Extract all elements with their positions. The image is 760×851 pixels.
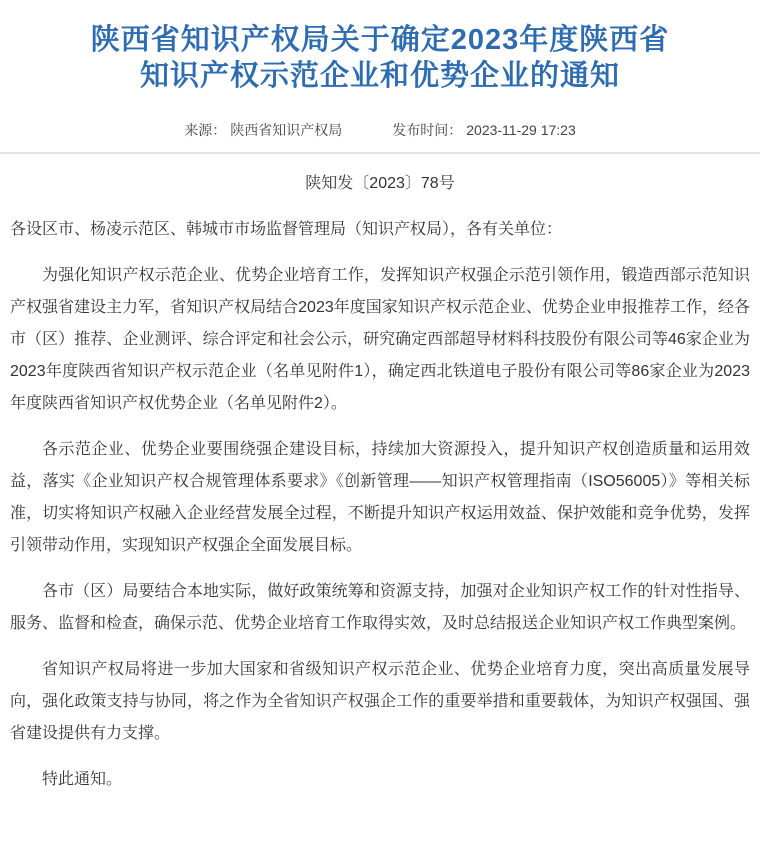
meta-publish-time-label: 发布时间：: [392, 122, 462, 138]
meta-source-value: 陕西省知识产权局: [230, 122, 342, 138]
page-title-line-2: 知识产权示范企业和优势企业的通知: [30, 58, 730, 94]
meta-source: 来源：陕西省知识产权局: [184, 120, 342, 140]
body-paragraph: 省知识产权局将进一步加大国家和省级知识产权示范企业、优势企业培育力度，突出高质量…: [10, 654, 750, 750]
notice-article: 陕西省知识产权局关于确定2023年度陕西省 知识产权示范企业和优势企业的通知 来…: [0, 0, 760, 796]
closing-line: 特此通知。: [10, 764, 750, 796]
salutation: 各设区市、杨凌示范区、韩城市市场监督管理局（知识产权局），各有关单位：: [10, 214, 750, 246]
body-paragraph: 各市（区）局要结合本地实际，做好政策统筹和资源支持，加强对企业知识产权工作的针对…: [10, 576, 750, 640]
article-meta-row: 来源：陕西省知识产权局 发布时间：2023-11-29 17:23: [0, 120, 760, 140]
header-divider: [0, 152, 760, 154]
body-paragraph: 为强化知识产权示范企业、优势企业培育工作，发挥知识产权强企示范引领作用，锻造西部…: [10, 260, 750, 420]
page-title-line-1: 陕西省知识产权局关于确定2023年度陕西省: [30, 22, 730, 58]
article-body: 陕知发〔2023〕78号 各设区市、杨凌示范区、韩城市市场监督管理局（知识产权局…: [0, 168, 760, 796]
meta-publish-time: 发布时间：2023-11-29 17:23: [392, 120, 576, 140]
document-number: 陕知发〔2023〕78号: [10, 168, 750, 200]
meta-publish-time-value: 2023-11-29 17:23: [466, 122, 576, 138]
page-title: 陕西省知识产权局关于确定2023年度陕西省 知识产权示范企业和优势企业的通知: [30, 22, 730, 94]
meta-source-label: 来源：: [184, 122, 226, 138]
body-paragraph: 各示范企业、优势企业要围绕强企建设目标，持续加大资源投入，提升知识产权创造质量和…: [10, 434, 750, 562]
